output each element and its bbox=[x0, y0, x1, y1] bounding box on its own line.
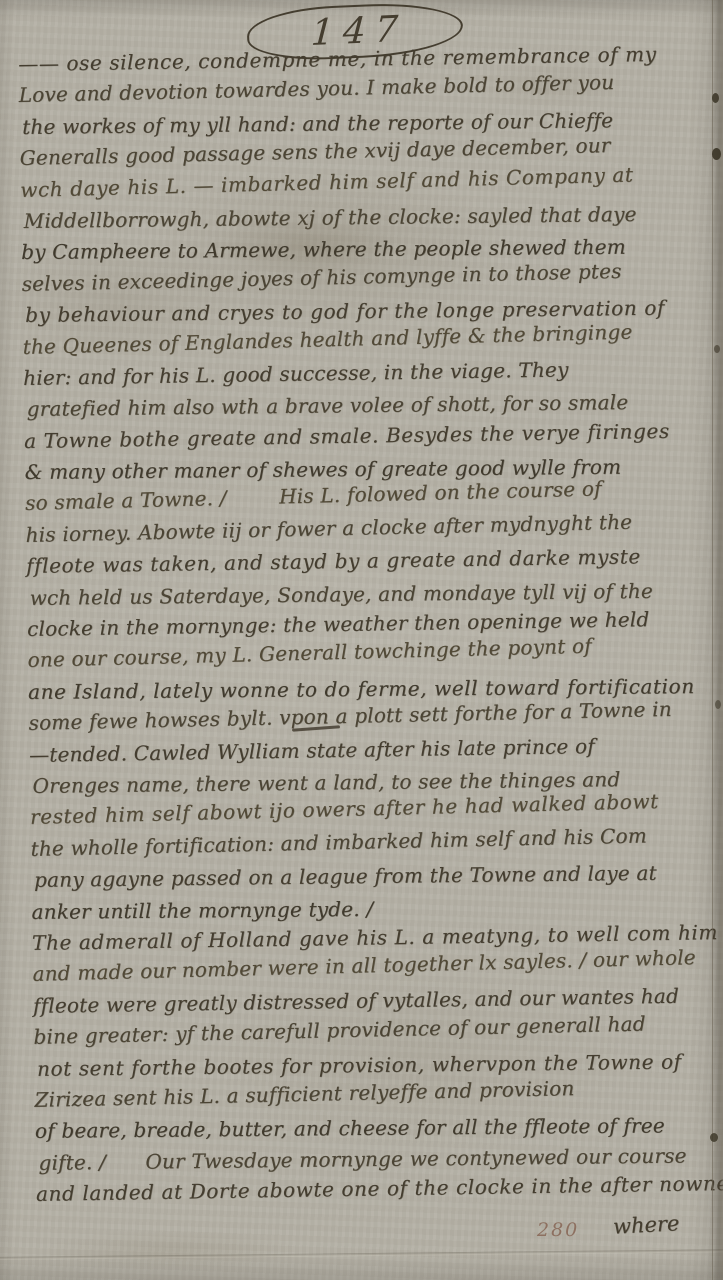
manuscript-page: 147 —— ose silence, condempne me, in the… bbox=[0, 0, 723, 1280]
page-edge bbox=[712, 0, 723, 1280]
manuscript-line: pany agayne passed on a league from the … bbox=[34, 857, 723, 896]
catchword: where bbox=[612, 1211, 680, 1238]
ink-blot bbox=[714, 345, 720, 353]
manuscript-text: —— ose silence, condempne me, in the rem… bbox=[18, 38, 723, 1210]
page-footer: 280 where bbox=[0, 1213, 723, 1253]
manuscript-line: anker untill the mornynge tyde. / bbox=[31, 890, 723, 927]
ink-blot bbox=[712, 93, 719, 103]
ink-blot bbox=[712, 148, 721, 160]
ink-blot bbox=[715, 700, 721, 709]
folio-number: 280 bbox=[537, 1219, 579, 1241]
ink-blot bbox=[710, 1133, 718, 1142]
